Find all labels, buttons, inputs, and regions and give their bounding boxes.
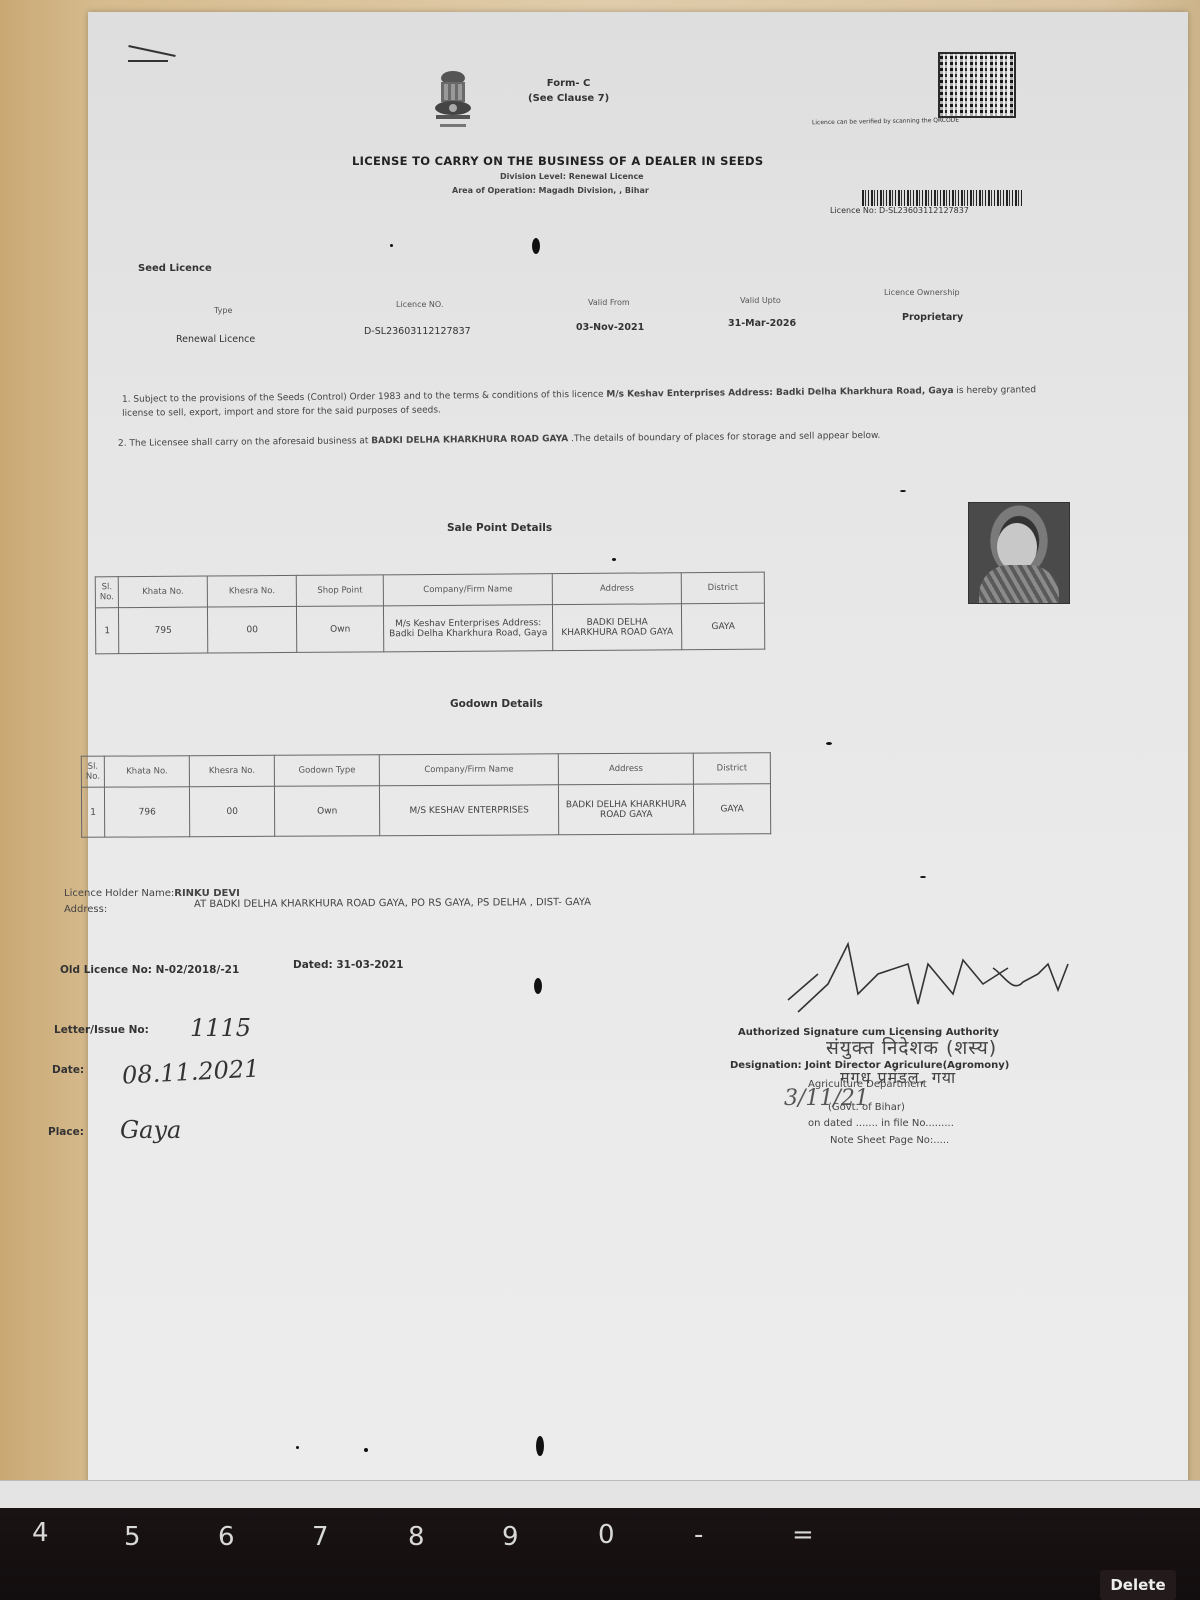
key-equals[interactable]: = [792,1520,814,1550]
header-district: District [681,572,764,604]
holder-name-row: Licence Holder Name:RINKU DEVI [64,888,240,899]
key-6[interactable]: 6 [218,1522,235,1552]
key-minus[interactable]: - [694,1520,703,1550]
cell-address: BADKI DELHA KHARKHURA ROAD GAYA [553,604,682,651]
licence-holder-photo [968,502,1070,604]
old-licence-dated: Dated: 31-03-2021 [293,959,403,971]
header-address: Address [558,753,693,785]
holder-address-label: Address: [64,904,107,915]
ink-speck [920,876,926,878]
date-label: Date: [52,1064,84,1076]
national-emblem-icon [430,68,476,132]
paper-stack-edge [0,1480,1200,1511]
letter-issue-label: Letter/Issue No: [54,1024,149,1036]
photo-face [997,523,1037,571]
header-company-name: Company/Firm Name [379,754,558,786]
header-khata-no: Khata No. [104,756,189,787]
cell-address: BADKI DELHA KHARKHURA ROAD GAYA [559,784,694,835]
area-of-operation: Area of Operation: Magadh Division, , Bi… [452,186,649,195]
form-name: Form- C [528,76,609,91]
cell-district: GAYA [682,603,765,650]
ink-speck [390,244,393,247]
ink-speck [536,1436,544,1456]
key-9[interactable]: 9 [502,1522,519,1552]
ink-mark [128,60,168,62]
cell-khesra-no: 00 [190,786,275,836]
form-clause: (See Clause 7) [528,91,609,106]
ink-speck [612,558,616,561]
cell-khesra-no: 00 [208,606,297,653]
col-type-header: Type [214,306,232,315]
sale-point-title: Sale Point Details [447,522,552,534]
valid-upto-value: 31-Mar-2026 [728,318,796,329]
sale-point-table: Sl. No. Khata No. Khesra No. Shop Point … [95,572,766,655]
ink-speck [826,742,832,745]
key-7[interactable]: 7 [312,1522,329,1552]
letter-issue-value: 1115 [190,1014,251,1042]
cell-sl-no: 1 [81,787,104,837]
holder-name: RINKU DEVI [174,888,240,899]
godown-table: Sl. No. Khata No. Khesra No. Godown Type… [81,752,771,838]
header-khesra-no: Khesra No. [189,755,274,786]
cell-company-name: M/S KESHAV ENTERPRISES [380,785,559,836]
cell-khata-no: 796 [105,787,190,837]
licence-number-value: D-SL23603112127837 [364,326,471,337]
authority-signature-icon [778,924,1098,1024]
document-title: LICENSE TO CARRY ON THE BUSINESS OF A DE… [352,154,764,168]
cell-company-name: M/s Keshav Enterprises Address: Badki De… [384,605,553,652]
godown-title: Godown Details [450,698,543,710]
barcode-licence-number: Licence No: D-SL23603112127837 [830,206,969,215]
licence-type-value: Renewal Licence [176,334,255,345]
key-5[interactable]: 5 [124,1522,141,1552]
barcode-icon [862,190,1022,206]
seed-licence-heading: Seed Licence [138,263,212,274]
header-khata-no: Khata No. [118,576,207,608]
key-delete[interactable]: Delete [1100,1570,1176,1600]
photo-body [979,565,1059,603]
header-khesra-no: Khesra No. [207,575,296,607]
col-valid-upto-header: Valid Upto [740,296,781,305]
header-district: District [693,753,770,784]
ink-speck [532,238,540,254]
holder-address: AT BADKI DELHA KHARKHURA ROAD GAYA, PO R… [194,897,591,910]
table-header-row: Sl. No. Khata No. Khesra No. Shop Point … [95,572,764,608]
govt-of-bihar: (Govt. of Bihar) [828,1102,905,1113]
cell-godown-type: Own [275,786,380,837]
form-header: Form- C (See Clause 7) [528,76,609,106]
old-licence-number: Old Licence No: N-02/2018/-21 [60,964,239,976]
header-godown-type: Godown Type [274,755,379,787]
key-4[interactable]: 4 [32,1518,49,1548]
table-row: 1 795 00 Own M/s Keshav Enterprises Addr… [95,603,764,654]
col-ownership-header: Licence Ownership [884,288,960,297]
note-sheet-page: Note Sheet Page No:..... [830,1135,949,1146]
valid-from-value: 03-Nov-2021 [576,322,644,333]
qr-code-icon [938,52,1016,118]
ink-speck [534,978,542,994]
header-shop-point: Shop Point [296,575,383,607]
key-0[interactable]: 0 [598,1520,615,1550]
ownership-value: Proprietary [902,312,963,323]
place-value: Gaya [120,1116,181,1144]
col-licence-no-header: Licence NO. [396,300,443,309]
header-company-name: Company/Firm Name [383,574,552,606]
table-row: 1 796 00 Own M/S KESHAV ENTERPRISES BADK… [81,784,770,838]
place-label: Place: [48,1126,84,1138]
header-address: Address [552,573,681,605]
header-sl-no: Sl. No. [81,756,104,787]
cell-shop-point: Own [297,606,384,653]
table-header-row: Sl. No. Khata No. Khesra No. Godown Type… [81,753,770,788]
header-sl-no: Sl. No. [95,577,118,608]
ink-speck [364,1448,368,1452]
col-valid-from-header: Valid From [588,298,630,307]
on-dated-file-no: on dated ....... in file No......... [808,1118,954,1129]
division-level: Division Level: Renewal Licence [500,172,644,181]
cell-khata-no: 795 [119,607,208,654]
cell-district: GAYA [694,784,771,834]
hindi-stamp-designation: संयुक्त निदेशक (शस्य) [826,1034,997,1060]
ink-speck [296,1446,299,1449]
keyboard: 4 5 6 7 8 9 0 - = Delete [0,1508,1200,1600]
cell-sl-no: 1 [95,608,118,654]
ink-speck [900,490,906,492]
key-8[interactable]: 8 [408,1522,425,1552]
